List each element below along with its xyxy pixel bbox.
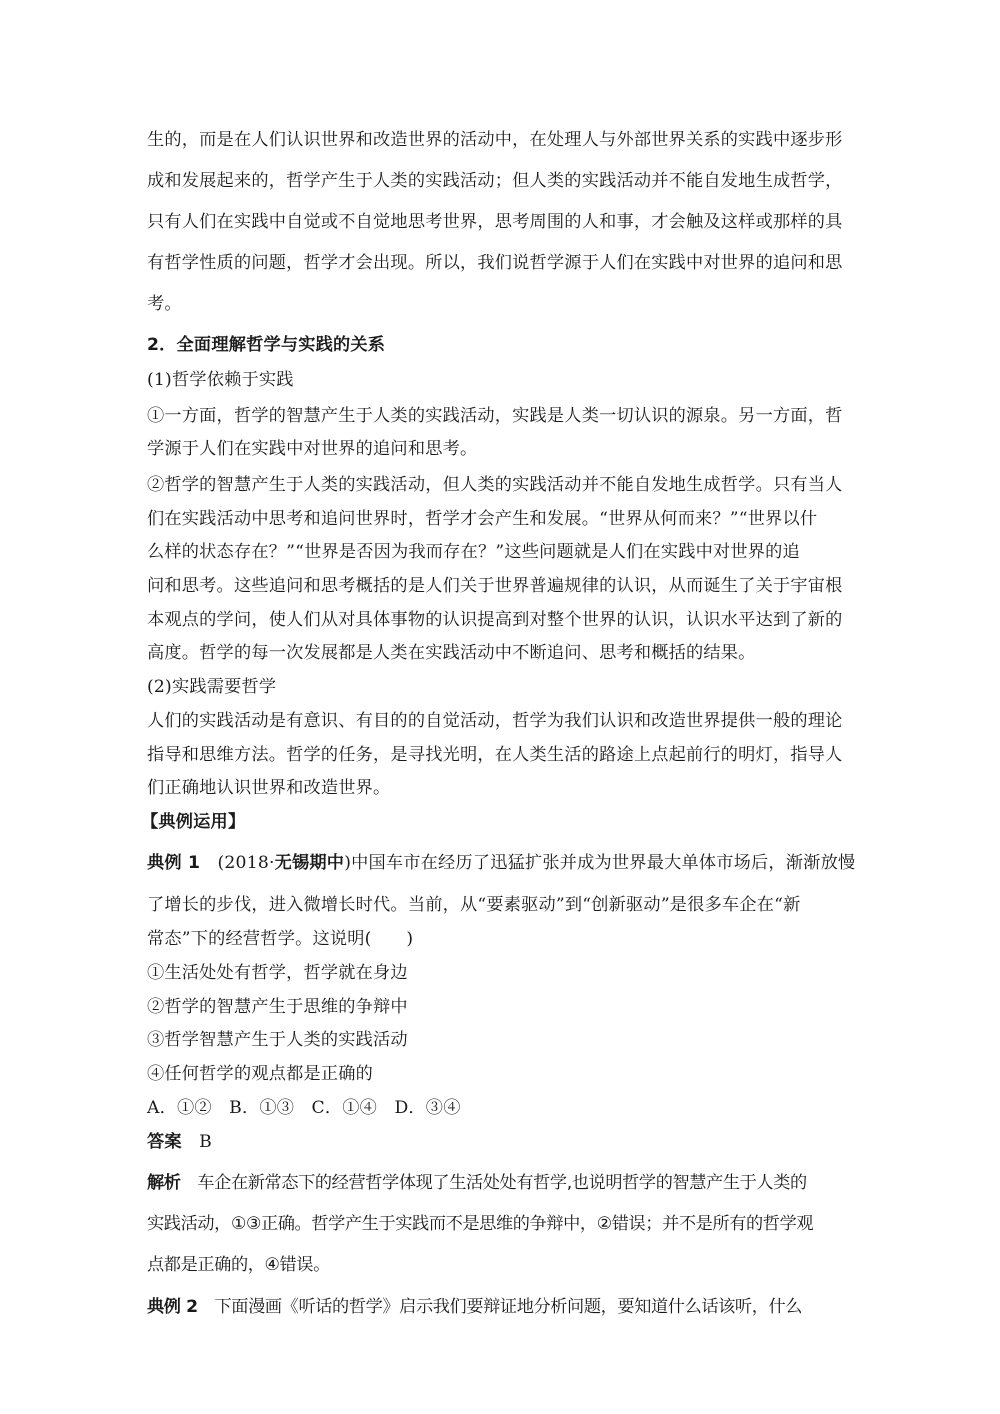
- point-line: 们在实践活动中思考和追问世界时，哲学才会产生和发展。“世界从何而来？”“世界以什: [147, 508, 817, 530]
- subsection-title: (2)实践需要哲学: [147, 676, 276, 698]
- point-line: 本观点的学问，使人们从对具体事物的认识提高到对整个世界的认识，认识水平达到了新的: [147, 609, 843, 631]
- point-line: 高度。哲学的每一次发展都是人类在实践活动中不断追问、思考和概括的结果。: [147, 642, 756, 664]
- example2-first-line: 典例 2 下面漫画《听话的哲学》启示我们要辩证地分析问题，要知道什么话该听，什么: [147, 1296, 802, 1318]
- point-line: ②哲学的智慧产生于人类的实践活动，但人类的实践活动并不能自发地生成哲学。只有当人: [147, 474, 843, 496]
- example1-stem-line: 常态”下的经营哲学。这说明( ): [147, 928, 413, 950]
- point-line: 么样的状态存在？”“世界是否因为我而存在？”这些问题就是人们在实践中对世界的追: [147, 541, 800, 563]
- body-line: 指导和思维方法。哲学的任务，是寻找光明，在人类生活的路途上点起前行的明灯，指导人: [147, 744, 843, 766]
- analysis-text: 车企在新常态下的经营哲学体现了生活处处有哲学,也说明哲学的智慧产生于人类的: [197, 1173, 806, 1193]
- example1-source-place: 无锡期中: [275, 853, 345, 873]
- body-line: 人们的实践活动是有意识、有目的的自觉活动，哲学为我们认识和改造世界提供一般的理论: [147, 710, 843, 732]
- example2-stem: 下面漫画《听话的哲学》启示我们要辩证地分析问题，要知道什么话该听，什么: [215, 1297, 803, 1317]
- section-heading: 2．全面理解哲学与实践的关系: [147, 334, 385, 356]
- body-line: 们正确地认识世界和改造世界。: [147, 777, 390, 799]
- example1-label: 典例 1: [147, 853, 200, 873]
- example1-stem-line: 了增长的步伐，进入微增长时代。当前，从“要素驱动”到“创新驱动”是很多车企在“新: [147, 894, 801, 916]
- example1-first-line: 典例 1 (2018·无锡期中)中国车市在经历了迅猛扩张并成为世界最大单体市场后…: [147, 852, 855, 874]
- point-line: ①一方面，哲学的智慧产生于人类的实践活动，实践是人类一切认识的源泉。另一方面，哲: [147, 405, 843, 427]
- example1-source-open: (2018·: [218, 853, 275, 873]
- example2-label: 典例 2: [147, 1297, 198, 1317]
- intro-line: 考。: [147, 293, 182, 315]
- option-3: ③哲学智慧产生于人类的实践活动: [147, 1029, 408, 1051]
- point-line: 问和思考。这些追问和思考概括的是人们关于世界普遍规律的认识，从而诞生了关于宇宙根: [147, 575, 843, 597]
- analysis-line: 点都是正确的，④错误。: [147, 1254, 330, 1276]
- answer-line: 答案 B: [147, 1131, 212, 1153]
- intro-line: 只有人们在实践中自觉或不自觉地思考世界，思考周围的人和事，才会触及这样或那样的具: [147, 211, 843, 233]
- option-1: ①生活处处有哲学，哲学就在身边: [147, 962, 408, 984]
- analysis-first-line: 解析 车企在新常态下的经营哲学体现了生活处处有哲学,也说明哲学的智慧产生于人类的: [147, 1172, 807, 1194]
- intro-line: 成和发展起来的，哲学产生于人类的实践活动；但人类的实践活动并不能自发地生成哲学，: [147, 170, 843, 192]
- intro-line: 有哲学性质的问题，哲学才会出现。所以，我们说哲学源于人们在实践中对世界的追问和思: [147, 252, 843, 274]
- point-line: 学源于人们在实践中对世界的追问和思考。: [147, 438, 477, 460]
- example1-stem: 中国车市在经历了迅猛扩张并成为世界最大单体市场后，渐渐放慢: [351, 853, 855, 873]
- option-2: ②哲学的智慧产生于思维的争辩中: [147, 996, 408, 1018]
- analysis-label: 解析: [147, 1173, 181, 1193]
- intro-line: 生的，而是在人们认识世界和改造世界的活动中，在处理人与外部世界关系的实践中逐步形: [147, 129, 843, 151]
- answer-value: B: [199, 1132, 212, 1152]
- analysis-line: 实践活动，①③正确。哲学产生于实践而不是思维的争辩中，②错误；并不是所有的哲学观: [147, 1213, 813, 1235]
- choices-line: A．①② B．①③ C．①④ D．③④: [147, 1097, 461, 1119]
- examples-heading: 【典例运用】: [141, 811, 245, 833]
- option-4: ④任何哲学的观点都是正确的: [147, 1063, 373, 1085]
- answer-label: 答案: [147, 1132, 182, 1152]
- subsection-title: (1)哲学依赖于实践: [147, 369, 294, 391]
